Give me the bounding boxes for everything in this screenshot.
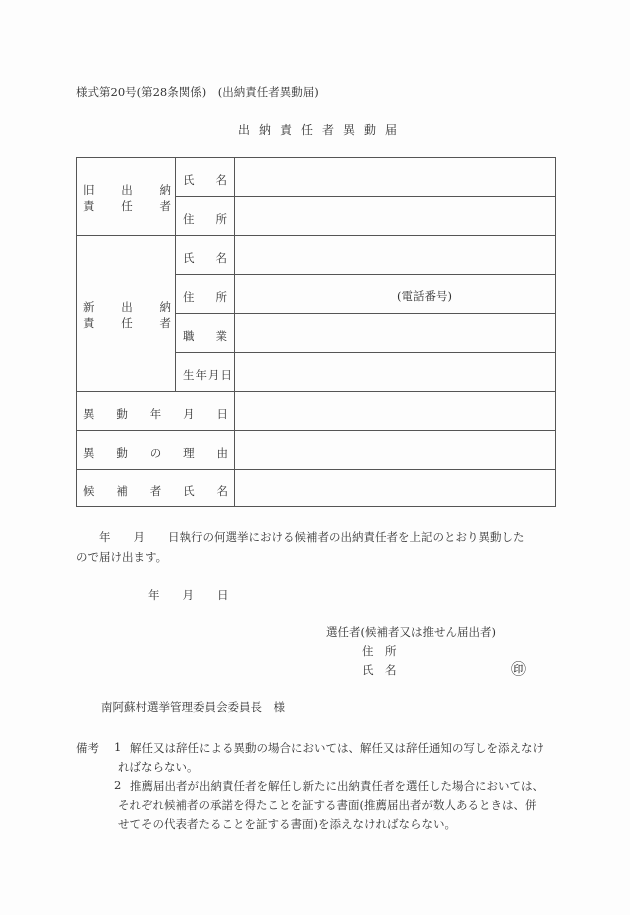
notes-heading: 備考 [76,740,99,756]
candidate-name-field[interactable] [237,470,555,507]
note-1-line-1: 解任又は辞任による異動の場合においては、解任又は辞任通知の写しを添えなけ [130,740,544,756]
notification-table: 旧 出 納 責 任 者 氏名 住所 新 出 納 責 任 者 氏名 住所 (電話番… [76,157,556,507]
new-address-field[interactable]: (電話番号) [237,275,555,312]
note-2-number: 2 [114,778,121,792]
new-birthdate-label: 生年月日 [183,367,233,383]
old-address-field[interactable] [237,197,555,234]
old-name-field[interactable] [237,158,555,195]
new-birthdate-field[interactable] [237,353,555,390]
change-date-field[interactable] [237,392,555,429]
seal-icon: ㊞ [511,658,526,679]
new-occupation-field[interactable] [237,314,555,351]
submission-date: 年 月 日 [148,587,229,603]
signer-name-label: 氏 名 [362,662,397,678]
signer-address-label: 住 所 [362,643,397,659]
addressee: 南阿蘇村選挙管理委員会委員長 様 [101,699,285,715]
note-1-line-2: ればならない。 [118,759,199,775]
form-number-label: 様式第20号(第28条関係) (出納責任者異動届) [76,84,319,100]
new-name-label: 氏名 [183,250,227,266]
phone-number-label: (電話番号) [397,288,452,304]
new-address-label: 住所 [183,289,227,305]
note-2-line-1: 推薦届出者が出納責任者を解任し新たに出納責任者を選任した場合においては、 [130,778,544,794]
new-occupation-label: 職業 [183,328,227,344]
note-2-line-3: せてその代表者たることを証する書面)を添えなければならない。 [118,816,456,832]
old-name-label: 氏名 [183,172,227,188]
change-reason-field[interactable] [237,431,555,468]
new-name-field[interactable] [237,236,555,273]
candidate-name-label: 候補者氏名 [83,483,228,499]
declaration-line-2: ので届け出ます。 [76,549,167,565]
change-date-label: 異動年月日 [83,406,228,422]
note-1-number: 1 [114,740,121,754]
old-treasurer-label: 旧 出 納 [83,182,171,198]
document-title: 出納責任者異動届 [238,121,406,138]
old-address-label: 住所 [183,211,227,227]
appointer-label: 選任者(候補者又は推せん届出者) [326,624,496,640]
new-treasurer-label: 新 出 納 [83,299,171,315]
change-reason-label: 異動の理由 [83,445,228,461]
declaration-line-1: 年 月 日執行の何選挙における候補者の出納責任者を上記のとおり異動した [76,529,525,545]
note-2-line-2: それぞれ候補者の承諾を得たことを証する書面(推薦届出者が数人あるときは、併 [118,797,536,813]
